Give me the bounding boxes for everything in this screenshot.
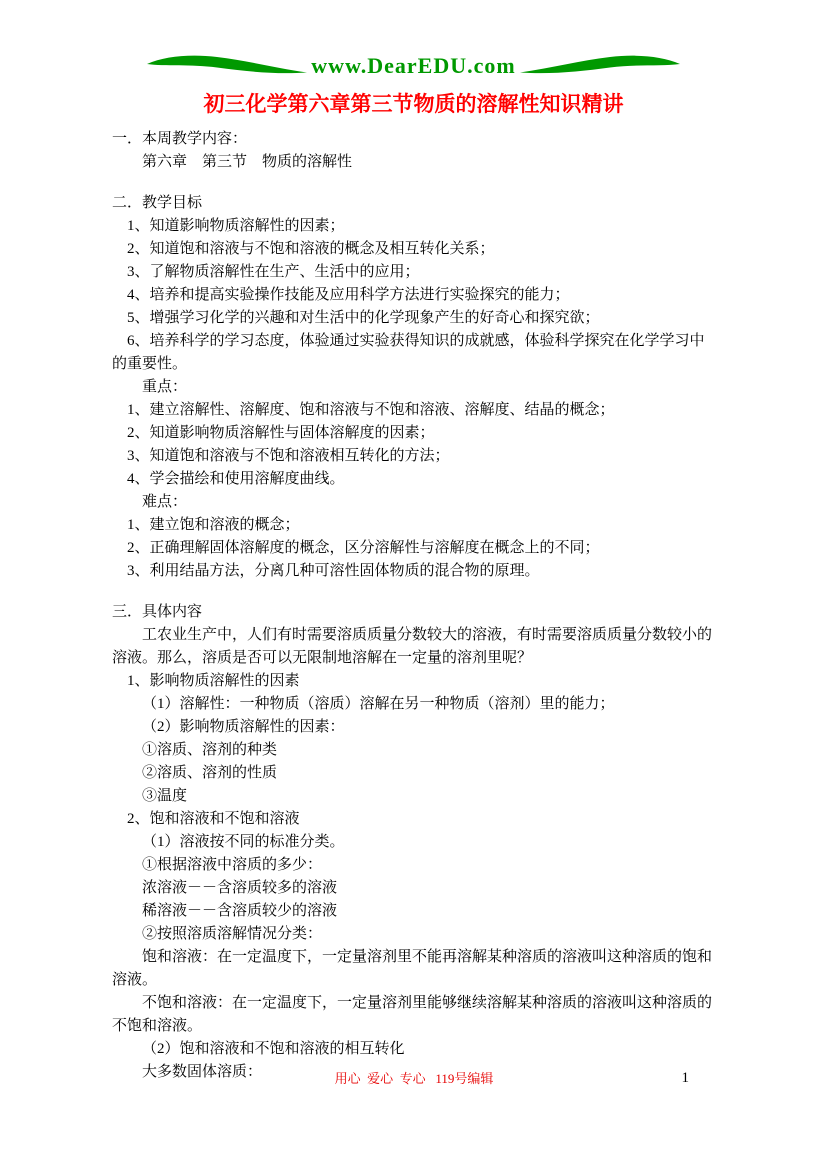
swoosh-left-icon <box>147 53 307 79</box>
paragraph: 一．本周教学内容： <box>112 128 716 151</box>
paragraph: 2、正确理解固体溶解度的概念，区分溶解性与溶解度在概念上的不同； <box>112 537 716 560</box>
paragraph: 2、饱和溶液和不饱和溶液 <box>112 808 716 831</box>
paragraph: 浓溶液－－含溶质较多的溶液 <box>112 877 716 900</box>
paragraph: 饱和溶液：在一定温度下，一定量溶剂里不能再溶解某种溶质的溶液叫这种溶质的饱和溶液… <box>112 946 716 992</box>
paragraph: 第六章 第三节 物质的溶解性 <box>112 151 716 174</box>
swoosh-right-icon <box>520 53 680 79</box>
blank-line <box>112 174 716 192</box>
paragraph: 1、知道影响物质溶解性的因素； <box>112 215 716 238</box>
blank-line <box>112 583 716 601</box>
paragraph: 不饱和溶液：在一定温度下，一定量溶剂里能够继续溶解某种溶质的溶液叫这种溶质的不饱… <box>112 992 716 1038</box>
paragraph: （2）影响物质溶解性的因素： <box>112 716 716 739</box>
paragraph: 1、建立溶解性、溶解度、饱和溶液与不饱和溶液、溶解度、结晶的概念； <box>112 399 716 422</box>
paragraph: 4、培养和提高实验操作技能及应用科学方法进行实验探究的能力； <box>112 284 716 307</box>
page-title: 初三化学第六章第三节物质的溶解性知识精讲 <box>0 90 827 118</box>
paragraph: （2）饱和溶液和不饱和溶液的相互转化 <box>112 1038 716 1061</box>
paragraph: 1、建立饱和溶液的概念； <box>112 514 716 537</box>
logo-text: www.DearEDU.com <box>311 53 515 79</box>
paragraph: 2、知道饱和溶液与不饱和溶液的概念及相互转化关系； <box>112 238 716 261</box>
paragraph: 2、知道影响物质溶解性与固体溶解度的因素； <box>112 422 716 445</box>
paragraph: （1）溶解性：一种物质（溶质）溶解在另一种物质（溶剂）里的能力； <box>112 693 716 716</box>
header-logo: www.DearEDU.com <box>0 48 827 84</box>
paragraph: ②溶质、溶剂的性质 <box>112 762 716 785</box>
paragraph: 二．教学目标 <box>112 192 716 215</box>
paragraph: 三．具体内容 <box>112 601 716 624</box>
paragraph: ①根据溶液中溶质的多少： <box>112 854 716 877</box>
paragraph: 1、影响物质溶解性的因素 <box>112 670 716 693</box>
paragraph: 稀溶液－－含溶质较少的溶液 <box>112 900 716 923</box>
paragraph: （1）溶液按不同的标准分类。 <box>112 831 716 854</box>
paragraph: 重点： <box>112 376 716 399</box>
paragraph: 4、学会描绘和使用溶解度曲线。 <box>112 468 716 491</box>
paragraph: 3、了解物质溶解性在生产、生活中的应用； <box>112 261 716 284</box>
footer-note: 用心 爱心 专心 119号编辑 <box>112 1070 716 1088</box>
paragraph: 工农业生产中，人们有时需要溶质质量分数较大的溶液，有时需要溶质质量分数较小的溶液… <box>112 624 716 670</box>
document-page: www.DearEDU.com 初三化学第六章第三节物质的溶解性知识精讲 一．本… <box>0 0 827 1170</box>
page-number: 1 <box>682 1068 690 1088</box>
document-body: 一．本周教学内容：第六章 第三节 物质的溶解性二．教学目标1、知道影响物质溶解性… <box>112 128 716 1084</box>
paragraph: ③温度 <box>112 785 716 808</box>
paragraph: ②按照溶质溶解情况分类： <box>112 923 716 946</box>
paragraph: 6、培养科学的学习态度，体验通过实验获得知识的成就感，体验科学探究在化学学习中的… <box>112 330 716 376</box>
paragraph: 5、增强学习化学的兴趣和对生活中的化学现象产生的好奇心和探究欲； <box>112 307 716 330</box>
paragraph: 3、知道饱和溶液与不饱和溶液相互转化的方法； <box>112 445 716 468</box>
paragraph: ①溶质、溶剂的种类 <box>112 739 716 762</box>
paragraph: 难点： <box>112 491 716 514</box>
paragraph: 3、利用结晶方法，分离几种可溶性固体物质的混合物的原理。 <box>112 560 716 583</box>
